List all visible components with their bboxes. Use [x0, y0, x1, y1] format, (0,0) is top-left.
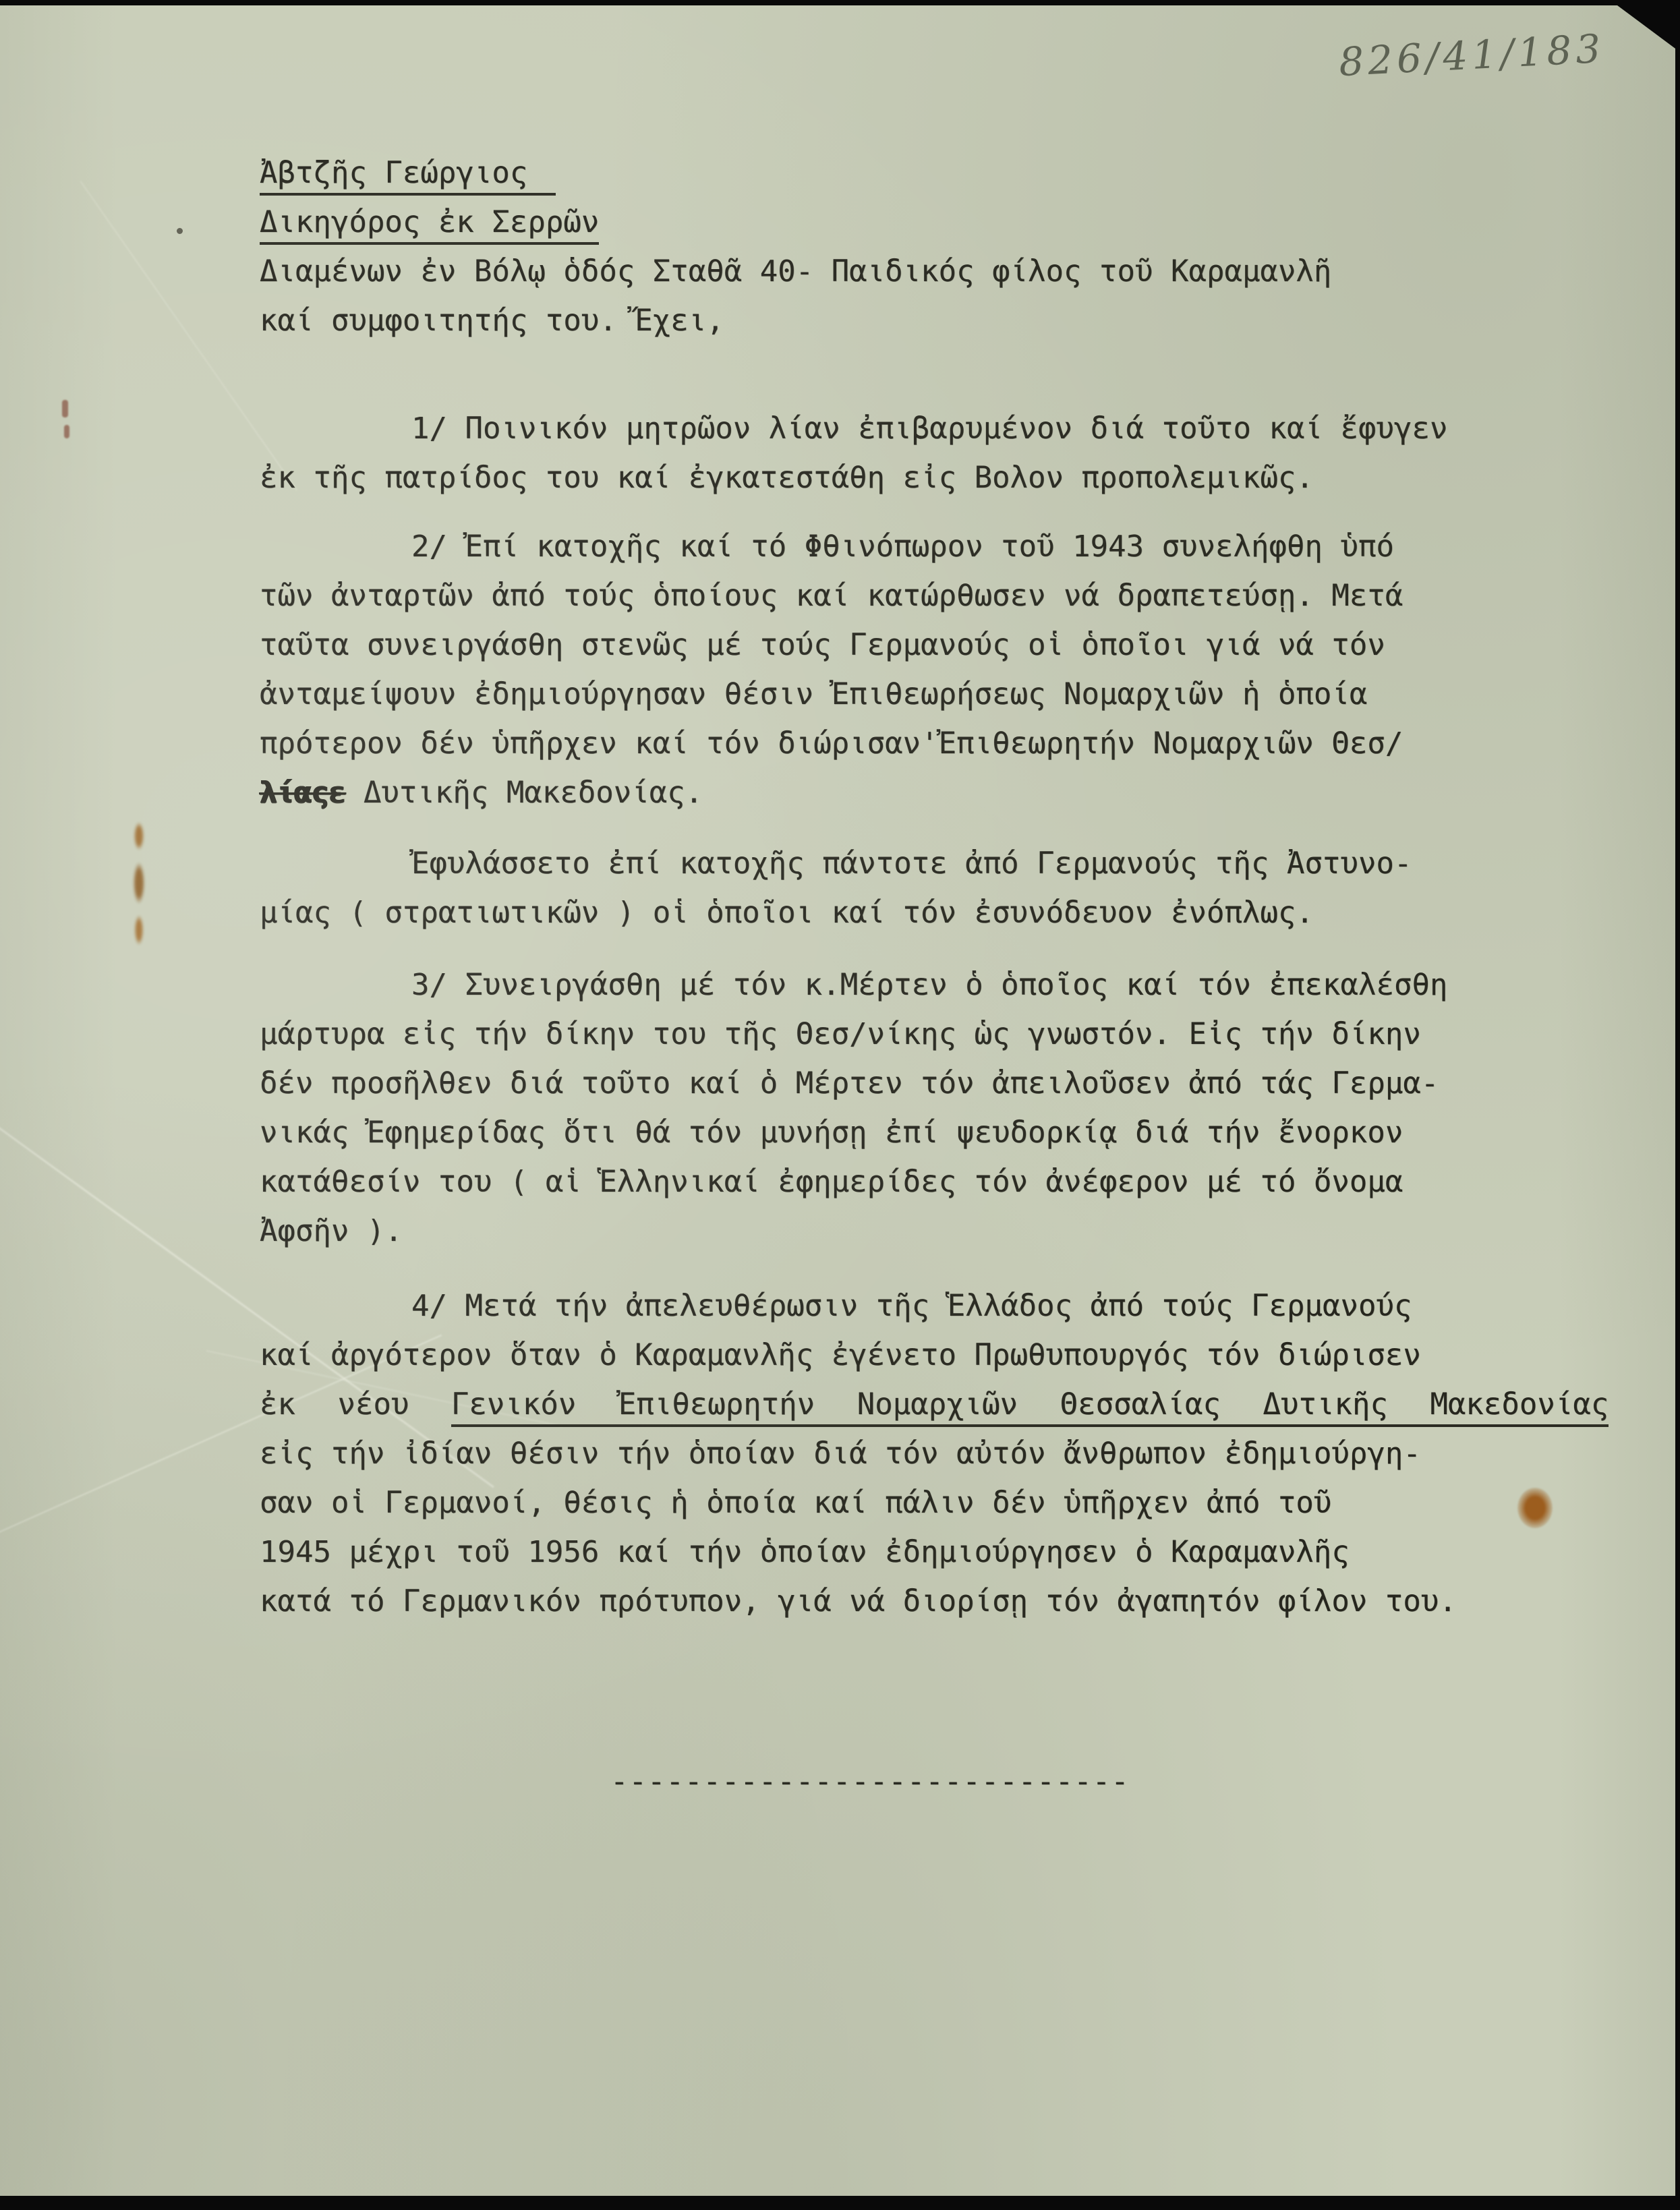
intro-line-2: καί συμφοιτητής του. Ἔχει,: [260, 296, 1662, 345]
header-name: Ἀβτζῆς Γεώργιος: [260, 156, 556, 196]
section-4-line-1: 4/ Μετά τήν ἀπελευθέρωσιν τῆς Ἑλλάδος ἀπ…: [260, 1281, 1662, 1331]
paper-sheet: 826/41/183 Ἀβτζῆς Γεώργιος Δικηγόρος ἐκ …: [0, 5, 1675, 2196]
section-4-line-4: εἰς τήν ἰδίαν θέσιν τήν ὁποίαν διά τόν α…: [260, 1429, 1662, 1478]
header-name-line: Ἀβτζῆς Γεώργιος: [260, 148, 1662, 198]
overstruck-text: λίαςε: [260, 776, 345, 810]
edge-mark: [62, 400, 68, 417]
guard-line-2: μίας ( στρατιωτικῶν ) οἱ ὁποῖοι καί τόν …: [260, 888, 1662, 937]
section-4-line-6: 1945 μέχρι τοῦ 1956 καί τήν ὁποίαν ἐδημι…: [260, 1528, 1662, 1577]
section-2-line-1: 2/ Ἐπί κατοχῆς καί τό Φθινόπωρον τοῦ 194…: [260, 522, 1662, 571]
section-4-line-2: καί ἀργότερον ὅταν ὁ Καραμανλῆς ἐγένετο …: [260, 1331, 1662, 1380]
intro-line-1: Διαμένων ἐν Βόλῳ ὁδός Σταθᾶ 40- Παιδικός…: [260, 247, 1662, 296]
section-4-line-3: ἐκ νέου Γενικόν Ἐπιθεωρητήν Νομαρχιῶν Θε…: [260, 1380, 1662, 1429]
section-3-line-4: νικάς Ἐφημερίδας ὅτι θά τόν μυνήσῃ ἐπί ψ…: [260, 1108, 1662, 1157]
section-1-line-1: 1/ Ποινικόν μητρῶον λίαν ἐπιβαρυμένον δι…: [260, 404, 1662, 453]
section-4-line-7: κατά τό Γερμανικόν πρότυπον, γιά νά διορ…: [260, 1577, 1662, 1626]
section-3-line-1: 3/ Συνειργάσθη μέ τόν κ.Μέρτεν ὁ ὁποῖος …: [260, 960, 1662, 1010]
header-title-line: Δικηγόρος ἐκ Σερρῶν: [260, 198, 1662, 247]
section-4: 4/ Μετά τήν ἀπελευθέρωσιν τῆς Ἑλλάδος ἀπ…: [260, 1281, 1662, 1626]
underlined-appointment-title: Γενικόν Ἐπιθεωρητήν Νομαρχιῶν Θεσσαλίας …: [451, 1387, 1609, 1427]
section-3-line-6: Ἀφσῆν ).: [260, 1206, 1662, 1256]
section-1-line-2: ἐκ τῆς πατρίδος του καί ἐγκατεστάθη εἰς …: [260, 453, 1662, 502]
section-1: 1/ Ποινικόν μητρῶον λίαν ἐπιβαρυμένον δι…: [260, 404, 1662, 502]
section-2-line-3: ταῦτα συνειργάσθη στενῶς μέ τούς Γερμανο…: [260, 620, 1662, 670]
scan-background: { "scan": { "reference_number": "826/41/…: [0, 0, 1680, 2210]
edge-mark: [64, 425, 69, 438]
brown-streak-stain: [132, 817, 146, 955]
section-2-line-4: ἀνταμείψουν ἐδημιούργησαν θέσιν Ἐπιθεωρή…: [260, 670, 1662, 719]
section-3-line-3: δέν προσῆλθεν διά τοῦτο καί ὁ Μέρτεν τόν…: [260, 1059, 1662, 1108]
guard-paragraph: Ἐφυλάσσετο ἐπί κατοχῆς πάντοτε ἀπό Γερμα…: [260, 839, 1662, 937]
document-content: Ἀβτζῆς Γεώργιος Δικηγόρος ἐκ Σερρῶν Διαμ…: [260, 148, 1662, 1806]
section-3-line-2: μάρτυρα εἰς τήν δίκην του τῆς Θεσ/νίκης …: [260, 1010, 1662, 1059]
section-3: 3/ Συνειργάσθη μέ τόν κ.Μέρτεν ὁ ὁποῖος …: [260, 960, 1662, 1256]
section-2: 2/ Ἐπί κατοχῆς καί τό Φθινόπωρον τοῦ 194…: [260, 522, 1662, 817]
section-3-line-5: κατάθεσίν του ( αἱ Ἑλληνικαί ἐφημερίδες …: [260, 1157, 1662, 1206]
header-title: Δικηγόρος ἐκ Σερρῶν: [260, 205, 599, 245]
section-2-line-6-rest: Δυτικῆς Μακεδονίας.: [345, 776, 703, 810]
section-4-line-3-prefix: ἐκ νέου: [260, 1387, 451, 1422]
section-2-line-2: τῶν ἀνταρτῶν ἀπό τούς ὁποίους καί κατώρθ…: [260, 571, 1662, 620]
guard-line-1: Ἐφυλάσσετο ἐπί κατοχῆς πάντοτε ἀπό Γερμα…: [260, 839, 1662, 888]
typed-dashed-divider: ----------------------------: [260, 1757, 1662, 1806]
section-4-line-5: σαν οἱ Γερμανοί, θέσις ἡ ὁποία καί πάλιν…: [260, 1478, 1662, 1528]
handwritten-reference-number: 826/41/183: [1337, 26, 1605, 86]
section-2-line-5: πρότερον δέν ὑπῆρχεν καί τόν διώρισαν'Ἐπ…: [260, 719, 1662, 768]
section-2-line-6: λίαςε Δυτικῆς Μακεδονίας.: [260, 768, 1662, 817]
ink-speck: [177, 228, 183, 234]
